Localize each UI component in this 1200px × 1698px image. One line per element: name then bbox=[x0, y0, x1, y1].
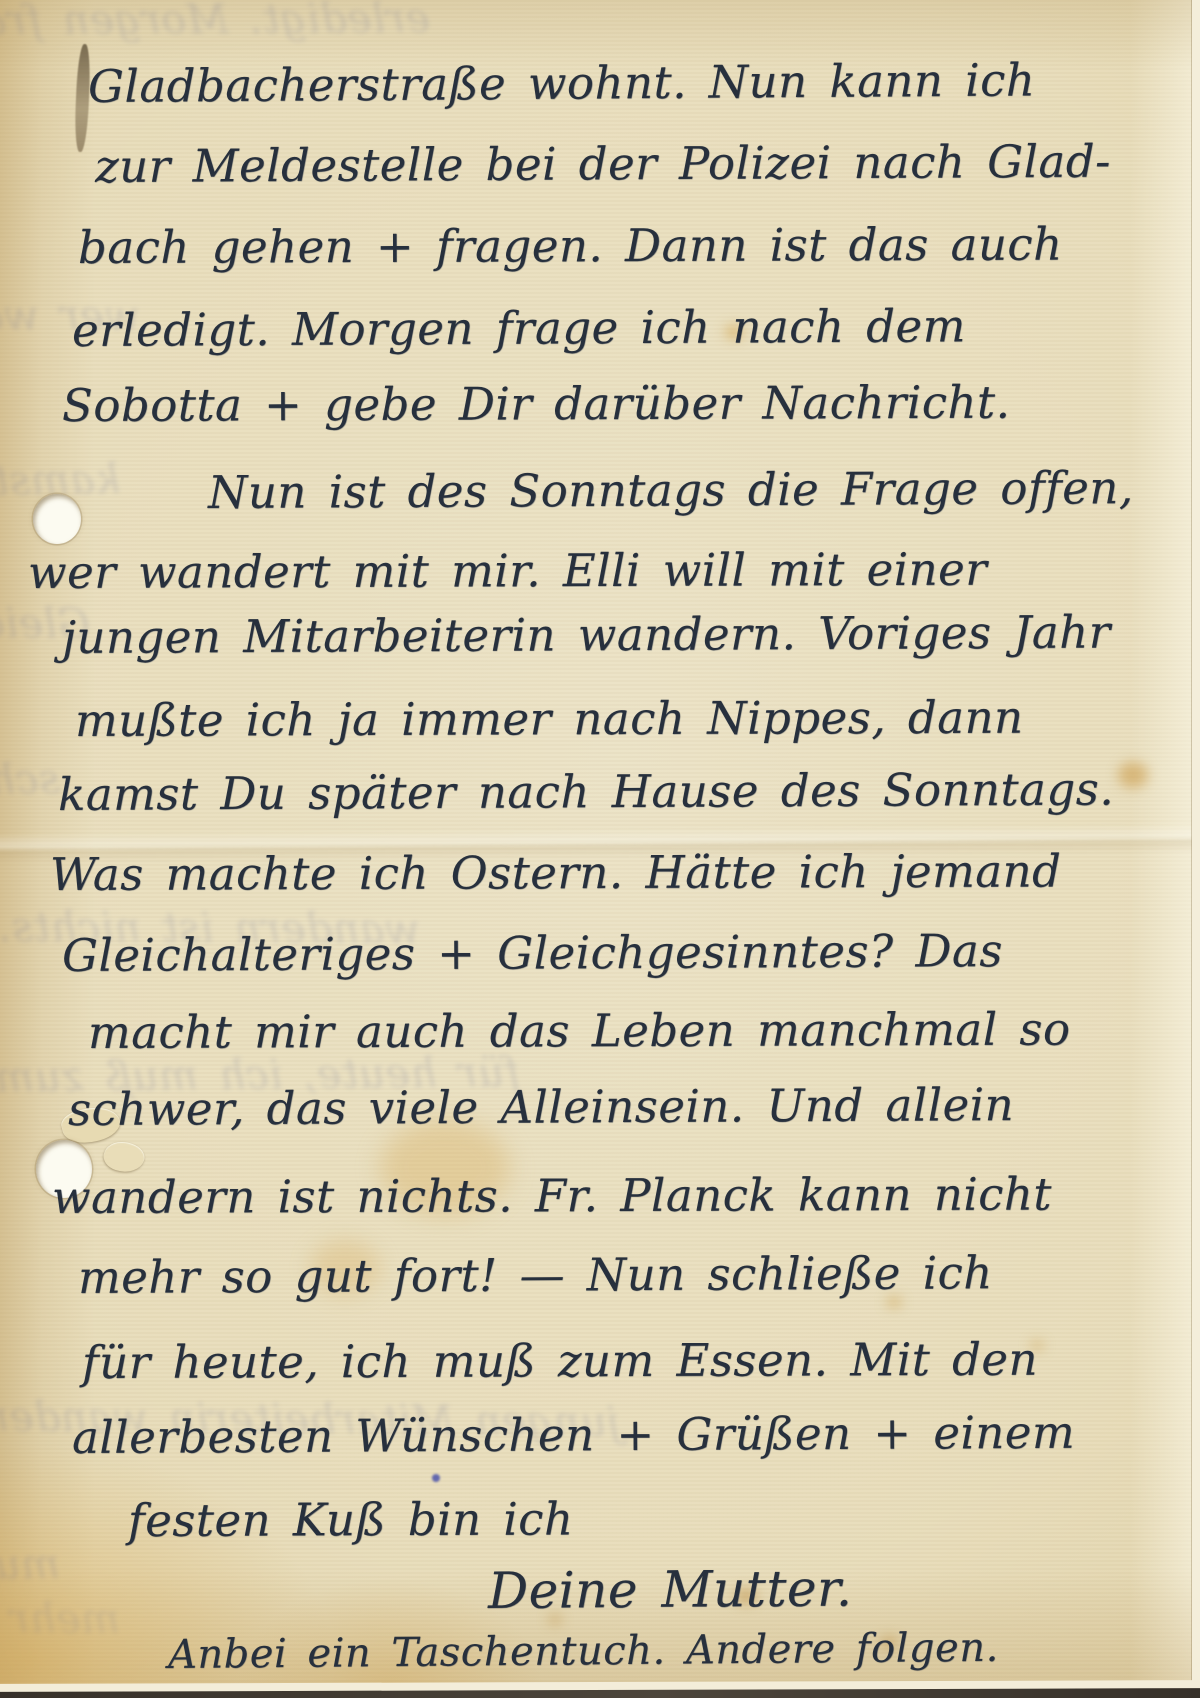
handwritten-line: festen Kuß bin ich bbox=[128, 1492, 574, 1547]
handwritten-line: zur Meldestelle bei der Polizei nach Gla… bbox=[95, 135, 1111, 193]
handwritten-line: Gleichalteriges + Gleichgesinntes? Das bbox=[62, 924, 1003, 982]
scanned-letter-page: erledigt. Morgen frage ich nach dem wer … bbox=[0, 0, 1200, 1698]
ink-bleedthrough: mehr so gut fort! — Nun schließe ich bbox=[0, 1589, 120, 1643]
handwritten-line: schwer, das viele Alleinsein. Und allein bbox=[68, 1078, 1014, 1136]
ink-bleedthrough: mußte ich ja immer nach Nippes, dann bbox=[0, 1540, 60, 1599]
handwritten-line: wer wandert mit mir. Elli will mit einer bbox=[28, 543, 987, 599]
handwritten-line: Was machte ich Ostern. Hätte ich jemand bbox=[50, 844, 1062, 901]
letter-paper: erledigt. Morgen frage ich nach dem wer … bbox=[0, 0, 1200, 1698]
signature-line: Deine Mutter. bbox=[488, 1559, 853, 1620]
handwritten-line: mehr so gut fort! — Nun schließe ich bbox=[78, 1246, 993, 1304]
postscript-line: Anbei ein Taschentuch. Andere folgen. bbox=[168, 1625, 999, 1678]
handwritten-line: für heute, ich muß zum Essen. Mit den bbox=[82, 1333, 1038, 1389]
handwritten-line: allerbesten Wünschen + Grüßen + einem bbox=[72, 1406, 1075, 1464]
punch-hole-top bbox=[33, 494, 81, 544]
ink-dot bbox=[432, 1474, 440, 1482]
stain bbox=[1118, 762, 1148, 788]
handwritten-line: mußte ich ja immer nach Nippes, dann bbox=[75, 691, 1024, 747]
handwritten-line: erledigt. Morgen frage ich nach dem bbox=[72, 299, 966, 357]
ink-bleedthrough: erledigt. Morgen frage ich nach dem bbox=[0, 0, 430, 46]
handwritten-line: Nun ist des Sonntags die Frage offen, bbox=[208, 461, 1134, 519]
handwritten-line: wandern ist nichts. Fr. Planck kann nich… bbox=[52, 1168, 1052, 1224]
ink-bleedthrough: schwer, das viele Alleinsein. Und allein bbox=[0, 755, 60, 811]
handwritten-line: macht mir auch das Leben manchmal so bbox=[88, 1003, 1071, 1059]
handwritten-line: kamst Du später nach Hause des Sonntags. bbox=[58, 762, 1114, 821]
handwritten-line: Sobotta + gebe Dir darüber Nachricht. bbox=[62, 376, 1011, 432]
handwritten-line: bach gehen + fragen. Dann ist das auch bbox=[78, 218, 1063, 274]
handwritten-line: Gladbacherstraße wohnt. Nun kann ich bbox=[88, 53, 1036, 113]
handwritten-line: jungen Mitarbeiterin wandern. Voriges Ja… bbox=[62, 606, 1111, 664]
adjacent-page-edge bbox=[1191, 0, 1200, 1698]
